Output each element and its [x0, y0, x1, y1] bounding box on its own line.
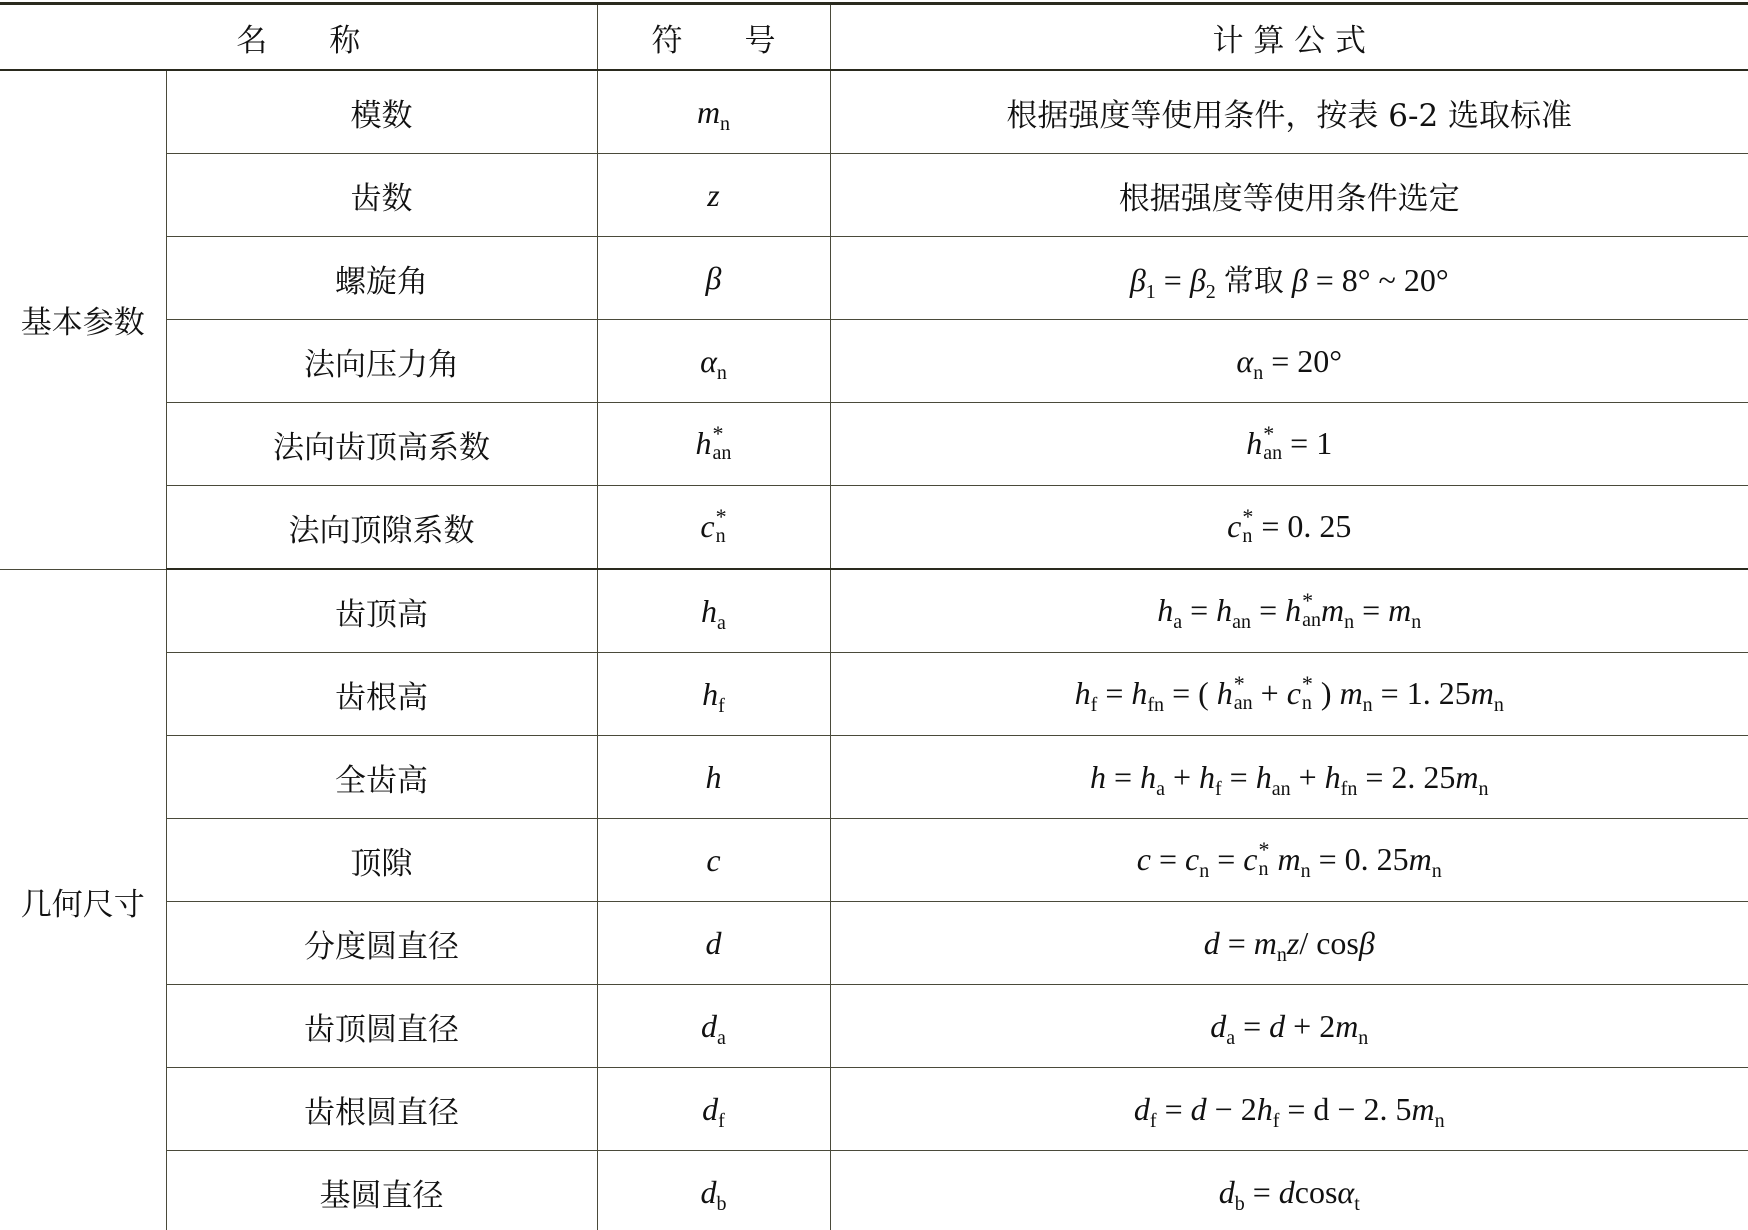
param-name: 模数 [166, 70, 597, 154]
header-row: 名 称 符 号 计 算 公 式 [0, 4, 1748, 71]
table-row: 分度圆直径 d d = mnz/ cosβ [0, 902, 1748, 985]
param-symbol: z [597, 154, 830, 237]
table-row: 法向顶隙系数 c*n c*n = 0. 25 [0, 486, 1748, 570]
table-row: 齿数 z 根据强度等使用条件选定 [0, 154, 1748, 237]
param-formula: d = mnz/ cosβ [830, 902, 1748, 985]
param-formula: db = dcosαt [830, 1151, 1748, 1230]
param-symbol: h*an [597, 403, 830, 486]
param-name: 分度圆直径 [166, 902, 597, 985]
table-row: 顶隙 c c = cn = c*n mn = 0. 25mn [0, 819, 1748, 902]
param-symbol: mn [597, 70, 830, 154]
param-formula: c*n = 0. 25 [830, 486, 1748, 570]
param-formula: h = ha + hf = han + hfn = 2. 25mn [830, 736, 1748, 819]
header-symbol: 符 号 [597, 4, 830, 71]
param-symbol: h [597, 736, 830, 819]
table-row: 全齿高 h h = ha + hf = han + hfn = 2. 25mn [0, 736, 1748, 819]
param-formula: 根据强度等使用条件，按表 6-2 选取标准 [830, 70, 1748, 154]
param-name: 螺旋角 [166, 237, 597, 320]
param-name: 顶隙 [166, 819, 597, 902]
table-row: 齿顶圆直径 da da = d + 2mn [0, 985, 1748, 1068]
header-formula: 计 算 公 式 [830, 4, 1748, 71]
param-symbol: da [597, 985, 830, 1068]
table-row: 法向压力角 αn αn = 20° [0, 320, 1748, 403]
table-row: 法向齿顶高系数 h*an h*an = 1 [0, 403, 1748, 486]
param-formula: df = d − 2hf = d − 2. 5mn [830, 1068, 1748, 1151]
param-symbol: c [597, 819, 830, 902]
param-formula: αn = 20° [830, 320, 1748, 403]
param-name: 齿顶高 [166, 569, 597, 653]
param-symbol: db [597, 1151, 830, 1230]
page: 名 称 符 号 计 算 公 式 基本参数 模数 mn 根据强度等使用条件，按表 … [0, 0, 1748, 1230]
param-name: 法向顶隙系数 [166, 486, 597, 570]
group-label-geometry: 几何尺寸 [0, 569, 166, 1230]
param-formula: ha = han = h*anmn = mn [830, 569, 1748, 653]
table-row: 几何尺寸 齿顶高 ha ha = han = h*anmn = mn [0, 569, 1748, 653]
param-symbol: hf [597, 653, 830, 736]
param-name: 齿根高 [166, 653, 597, 736]
param-name: 基圆直径 [166, 1151, 597, 1230]
table-row: 螺旋角 β β1 = β2 常取 β = 8° ~ 20° [0, 237, 1748, 320]
param-formula: c = cn = c*n mn = 0. 25mn [830, 819, 1748, 902]
param-name: 齿数 [166, 154, 597, 237]
gear-parameter-table: 名 称 符 号 计 算 公 式 基本参数 模数 mn 根据强度等使用条件，按表 … [0, 2, 1748, 1230]
param-formula: h*an = 1 [830, 403, 1748, 486]
param-formula: da = d + 2mn [830, 985, 1748, 1068]
param-name: 法向压力角 [166, 320, 597, 403]
table-row: 基本参数 模数 mn 根据强度等使用条件，按表 6-2 选取标准 [0, 70, 1748, 154]
param-name: 齿根圆直径 [166, 1068, 597, 1151]
param-formula: 根据强度等使用条件选定 [830, 154, 1748, 237]
param-symbol: d [597, 902, 830, 985]
param-formula: hf = hfn = ( h*an + c*n ) mn = 1. 25mn [830, 653, 1748, 736]
table-row: 齿根圆直径 df df = d − 2hf = d − 2. 5mn [0, 1068, 1748, 1151]
table-row: 齿根高 hf hf = hfn = ( h*an + c*n ) mn = 1.… [0, 653, 1748, 736]
group-label-basic: 基本参数 [0, 70, 166, 569]
table-row: 基圆直径 db db = dcosαt [0, 1151, 1748, 1230]
param-name: 齿顶圆直径 [166, 985, 597, 1068]
param-symbol: c*n [597, 486, 830, 570]
param-symbol: αn [597, 320, 830, 403]
param-name: 全齿高 [166, 736, 597, 819]
header-name: 名 称 [0, 4, 597, 71]
param-symbol: ha [597, 569, 830, 653]
param-symbol: β [597, 237, 830, 320]
param-formula: β1 = β2 常取 β = 8° ~ 20° [830, 237, 1748, 320]
param-symbol: df [597, 1068, 830, 1151]
param-name: 法向齿顶高系数 [166, 403, 597, 486]
